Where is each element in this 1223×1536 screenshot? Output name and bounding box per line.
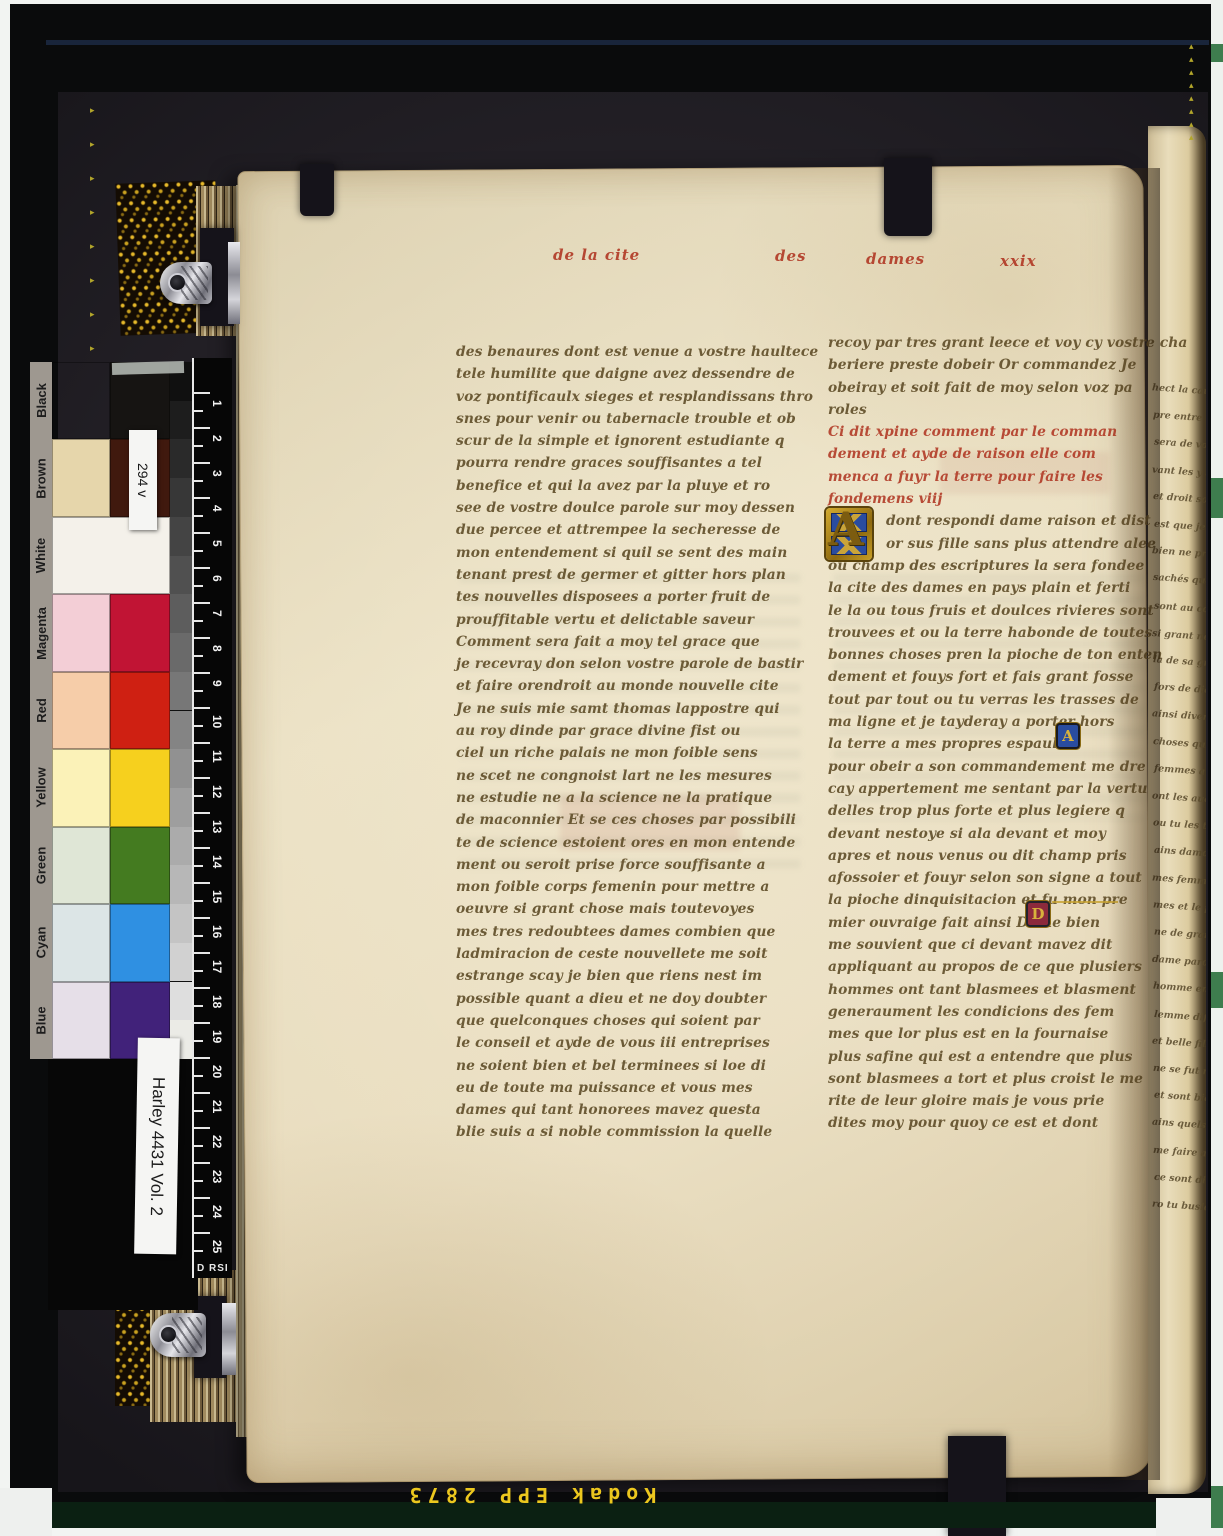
manuscript-text-line: mes tres redoubtees dames combien que xyxy=(456,921,801,943)
color-chart-label-black: Black xyxy=(30,362,52,439)
film-edge-mark-icon: ▸ xyxy=(90,344,95,353)
film-edge-mark xyxy=(1211,1486,1223,1528)
ruler-tick xyxy=(194,760,203,762)
manuscript-text-line: plus safine qui est a entendre que plus xyxy=(828,1046,1158,1068)
facing-page-text-fragment: et sont bien f xyxy=(1154,1090,1206,1106)
gray-step xyxy=(170,517,192,556)
fabric-tab-top-left xyxy=(300,164,334,216)
manuscript-text-line: je recevray don selon vostre parole de b… xyxy=(456,653,801,675)
manuscript-text-line: due percee et attrempee la secheresse de xyxy=(456,519,801,541)
ruler-number: 9 xyxy=(210,680,224,687)
ruler-tick xyxy=(194,1127,210,1129)
film-edge-mark-icon: ▴ xyxy=(1189,42,1194,51)
manuscript-text-line: generaument les condicions des fem xyxy=(828,1001,1158,1023)
facing-page-text-fragment: ainsi diverses c xyxy=(1152,709,1206,726)
color-patch-tint-blue xyxy=(52,982,110,1059)
manuscript-text-line: snes pour venir ou tabernacle trouble et… xyxy=(456,408,801,430)
clip-texture xyxy=(181,266,208,300)
inline-initial: D xyxy=(1028,903,1048,925)
color-chart-label-text: Green xyxy=(34,847,49,885)
manuscript-text-line: le la ou tous fruis et doulces rivieres … xyxy=(828,600,1158,622)
gray-step xyxy=(170,556,192,595)
manuscript-text-line: or sus fille sans plus attendre alee xyxy=(828,533,1158,555)
film-edge-mark xyxy=(1211,972,1223,1008)
manuscript-text-line: Comment sera fait a moy tel grace que xyxy=(456,631,801,653)
photo-border-right xyxy=(1211,0,1223,1536)
color-chart-label-text: Magenta xyxy=(34,607,49,660)
manuscript-text-line: la terre a mes propres espaulles xyxy=(828,733,1158,755)
ruler-number: 15 xyxy=(210,890,224,903)
manuscript-text-line: delles trop plus forte et plus legiere q xyxy=(828,800,1158,822)
inline-initial: A xyxy=(1058,725,1078,747)
facing-page-text-fragment: mes et le pard xyxy=(1153,899,1206,915)
gray-step xyxy=(170,711,192,750)
manuscript-rubric-line: dement et ayde de raison elle com xyxy=(828,443,1158,465)
manuscript-text-line: dames qui tant honorees mavez questa xyxy=(456,1099,801,1121)
facing-page-text-fragment: est que je do xyxy=(1154,519,1206,535)
color-chart-label-magenta: Magenta xyxy=(30,594,52,671)
color-chart-label-white: White xyxy=(30,517,52,594)
ruler-number: 11 xyxy=(210,750,224,763)
ruler-number: 5 xyxy=(210,540,224,547)
manuscript-rubric-line: Ci dit xpine comment par le comman xyxy=(828,421,1158,443)
ruler-tick xyxy=(194,882,210,884)
color-patch-tint-cyan xyxy=(52,904,110,981)
facing-page-text-fragment: et belle fille d xyxy=(1152,1035,1206,1051)
film-edge-mark xyxy=(1211,478,1223,518)
ruler-number: 19 xyxy=(210,1030,224,1043)
ruler-tick xyxy=(194,987,210,989)
ruler-tick xyxy=(194,497,210,499)
manuscript-text-line: see de vostre doulce parole sur moy dess… xyxy=(456,497,801,519)
manuscript-text-line: ciel un riche palais ne mon foible sens xyxy=(456,742,801,764)
ruler-tick xyxy=(194,1075,203,1077)
ruler-tick xyxy=(194,637,210,639)
film-edge-mark-icon: ▴ xyxy=(1189,68,1194,77)
grayscale-step-wedge xyxy=(170,362,192,1059)
manuscript-rubric-line: menca a fuyr la terre pour faire les xyxy=(828,466,1158,488)
running-header-title-1: de la cite xyxy=(553,246,640,264)
facing-page-text-fragment: sachés que ce ne xyxy=(1153,572,1206,589)
film-frame-edge xyxy=(46,40,1209,45)
text-column-right: recoy par tres grant leece et voy cy vos… xyxy=(828,332,1158,1135)
manuscript-text-line: sont blasmees a tort et plus croist le m… xyxy=(828,1068,1158,1090)
gray-step xyxy=(170,439,192,478)
ruler-number: 2 xyxy=(210,435,224,442)
film-edge-mark-icon: ▸ xyxy=(90,276,95,285)
color-chart-label-text: Yellow xyxy=(34,768,49,808)
color-chart-label-text: Red xyxy=(34,698,49,723)
manuscript-text-line: pour obeir a son commandement me dre xyxy=(828,756,1158,778)
manuscript-text-line: te de science estoient ores en mon enten… xyxy=(456,832,801,854)
manuscript-text-line: Je ne suis mie samt thomas lappostre qui xyxy=(456,698,801,720)
ruler-tick xyxy=(194,795,203,797)
photo-border-top xyxy=(0,0,1223,4)
ruler-tick xyxy=(194,480,203,482)
manuscript-text-line: oeuvre si grant chose mais toutevoyes xyxy=(456,898,801,920)
manuscript-text-line: cay appertement me sentant par la vertu xyxy=(828,778,1158,800)
manuscript-text-line: voz pontificaulx sieges et resplandissan… xyxy=(456,386,801,408)
ruler-number: 24 xyxy=(210,1205,224,1218)
ruler-number: 22 xyxy=(210,1135,224,1148)
color-patch-solid-green xyxy=(110,827,170,904)
ruler-tick xyxy=(194,1005,203,1007)
ruler-number: 18 xyxy=(210,995,224,1008)
clip-arm-top xyxy=(228,242,240,324)
ruler-number: 1 xyxy=(210,400,224,407)
ruler-tick xyxy=(194,515,203,517)
ruler-tick xyxy=(194,1040,203,1042)
film-edge-mark-icon: ▴ xyxy=(1189,81,1194,90)
gray-step xyxy=(170,594,192,633)
manuscript-text-line: ou champ des escriptures la sera fondee xyxy=(828,555,1158,577)
gray-step xyxy=(170,827,192,866)
color-chart-label-text: Blue xyxy=(34,1006,49,1034)
manuscript-text-line: et faire orendroit au monde nouvelle cit… xyxy=(456,675,801,697)
facing-page-text-fragment: ains quels soi xyxy=(1152,1117,1206,1133)
manuscript-text-line: estrange scay je bien que riens nest im xyxy=(456,965,801,987)
facing-page-text-fragment: ont les aucteu xyxy=(1152,790,1206,806)
manuscript-text-line: rite de leur gloire mais je vous prie xyxy=(828,1090,1158,1112)
color-chart-label-text: Cyan xyxy=(34,927,49,959)
manuscript-text-line: dont respondi dame raison et dist xyxy=(828,510,1158,532)
manuscript-text-line: bonnes choses pren la pioche de ton ente… xyxy=(828,644,1158,666)
gray-step xyxy=(170,401,192,440)
ruler-tick xyxy=(194,1092,210,1094)
ruler-tick xyxy=(194,900,203,902)
manuscript-text-line: me souvient que ci devant mavez dit xyxy=(828,934,1158,956)
color-patch-solid-magenta xyxy=(110,594,170,671)
manuscript-text-line: que quelconques choses qui soient par xyxy=(456,1010,801,1032)
shelfmark-label: Harley 4431 Vol. 2 xyxy=(134,1038,180,1255)
film-edge-mark-icon: ▴ xyxy=(1189,133,1194,142)
facing-page-text-fragment: ains damoise xyxy=(1154,845,1206,861)
film-stock-marking: Kodak EPP 2873 xyxy=(330,1478,730,1512)
ruler-tick xyxy=(194,1250,203,1252)
ruler-tick xyxy=(194,392,210,394)
manuscript-text-line: pourra rendre graces souffisantes a tel xyxy=(456,452,801,474)
ruler-tick xyxy=(194,1232,210,1234)
color-chart-label-text: Black xyxy=(34,383,49,418)
facing-page-text-fragment: bien ne pretens xyxy=(1152,545,1206,562)
clip-texture xyxy=(172,1317,202,1353)
manuscript-text-line: tout par tout ou tu verras les trasses d… xyxy=(828,689,1158,711)
ruler-tick xyxy=(194,847,210,849)
ruler-number: 21 xyxy=(210,1100,224,1113)
photo-border-bottom-left xyxy=(0,1488,52,1536)
color-patch-solid-cyan xyxy=(110,904,170,981)
manuscript-text-line: appliquant au propos de ce que plusiers xyxy=(828,956,1158,978)
ruler-tick xyxy=(194,725,203,727)
manuscript-text-line: scur de la simple et ignorent estudiante… xyxy=(456,430,801,452)
ruler-tick xyxy=(194,1197,210,1199)
illuminated-initial: A xyxy=(826,508,872,560)
facing-page-text-fragment: lemme diff xyxy=(1154,1009,1206,1024)
gray-step xyxy=(170,943,192,982)
ruler-number: 23 xyxy=(210,1170,224,1183)
ruler-number: 25 xyxy=(210,1240,224,1253)
running-header-title-3: dames xyxy=(866,250,925,268)
gray-step xyxy=(170,865,192,904)
facing-page-text-fragment: femmes a blasm xyxy=(1154,763,1206,780)
gray-step xyxy=(170,633,192,672)
facing-page-text-fragment: ou tu les trouv xyxy=(1153,817,1206,833)
color-chart-label-yellow: Yellow xyxy=(30,749,52,826)
folio-number-label: 294 v xyxy=(129,430,157,530)
ruler-number: 3 xyxy=(210,470,224,477)
ruler-tick xyxy=(194,1022,210,1024)
manuscript-text-line: dites moy pour quoy ce est et dont xyxy=(828,1112,1158,1134)
color-patch-tint-yellow xyxy=(52,749,110,826)
color-chart-label-text: Brown xyxy=(34,458,49,498)
ruler-tick xyxy=(194,620,203,622)
manuscript-text-line: devant nestoye si ala devant et moy xyxy=(828,823,1158,845)
film-edge-mark xyxy=(1211,44,1223,62)
ruler-number: 4 xyxy=(210,505,224,512)
facing-page-text-fragment: vant les y encl xyxy=(1152,464,1206,480)
facing-page-text-fragment: pre entre elle xyxy=(1153,410,1206,426)
fabric-tab-top-right xyxy=(884,158,932,236)
facing-page-text-fragment: ce sont dien xyxy=(1154,1172,1206,1187)
color-chart-label-cyan: Cyan xyxy=(30,904,52,981)
ruler-tick xyxy=(194,1145,203,1147)
binder-clip-top xyxy=(160,262,212,304)
manuscript-text-line: trouvees et ou la terre habonde de toute… xyxy=(828,622,1158,644)
ruler-tick xyxy=(194,742,210,744)
color-chart-label-green: Green xyxy=(30,827,52,904)
text-column-left: des benaures dont est venue a vostre hau… xyxy=(456,341,801,1144)
manuscript-text-line: mon entendement si quil se sent des main xyxy=(456,542,801,564)
color-patch-tint-black xyxy=(52,362,110,439)
color-patch-tint-brown xyxy=(52,439,110,516)
manuscript-text-line: eu de toute ma puissance et vous mes xyxy=(456,1077,801,1099)
manuscript-text-line: dement et fouys fort et fais grant fosse xyxy=(828,666,1158,688)
gray-step xyxy=(170,749,192,788)
manuscript-text-line: de maconnier Et se ces choses par possib… xyxy=(456,809,801,831)
facing-page-text-fragment: ro tu buslev s xyxy=(1152,1199,1206,1215)
ruler-number: 20 xyxy=(210,1065,224,1078)
gray-step xyxy=(170,982,192,1021)
ruler-tick xyxy=(194,532,210,534)
ruler-tick xyxy=(194,1162,210,1164)
film-edge-mark-icon: ▸ xyxy=(90,174,95,183)
binder-clip-bottom xyxy=(150,1313,206,1357)
film-edge-mark-icon: ▴ xyxy=(1189,107,1194,116)
film-edge-mark-icon: ▴ xyxy=(1189,120,1194,129)
manuscript-text-line: hommes ont tant blasmees et blasment xyxy=(828,979,1158,1001)
ruler-tick xyxy=(194,707,210,709)
tape-fragment xyxy=(112,361,184,375)
ruler-tick xyxy=(194,812,210,814)
ruler-tick xyxy=(194,655,203,657)
ruler-number: 13 xyxy=(210,820,224,833)
facing-page-text-fragment: sera de vous s xyxy=(1154,437,1206,453)
facing-page-text-fragment: et droit soiut cel xyxy=(1153,491,1206,508)
manuscript-text-line: tenant prest de germer et gitter hors pl… xyxy=(456,564,801,586)
manuscript-text-line: recoy par tres grant leece et voy cy vos… xyxy=(828,332,1158,354)
ruler-tick xyxy=(194,410,203,412)
manuscript-text-line: tes nouvelles disposees a porter fruit d… xyxy=(456,586,801,608)
film-edge-mark-icon: ▴ xyxy=(1189,94,1194,103)
facing-page-text-fragment: ne de grandes xyxy=(1154,926,1206,942)
facing-page-text-fragment: dame parole xyxy=(1152,954,1206,970)
manuscript-text-line: roles xyxy=(828,399,1158,421)
color-chart-label-red: Red xyxy=(30,672,52,749)
manuscript-text-line: ment ou seroit prise force souffisante a xyxy=(456,854,801,876)
manuscript-text-line: des benaures dont est venue a vostre hau… xyxy=(456,341,801,363)
manuscript-text-line: mes que lor plus est en la fournaise xyxy=(828,1023,1158,1045)
color-chart-label-text: White xyxy=(34,538,49,573)
ruler-tick xyxy=(194,672,210,674)
color-patch-tint-magenta xyxy=(52,594,110,671)
facing-page-text-fragment: mes femmes p xyxy=(1152,872,1206,888)
manuscript-text-line: le conseil et ayde de vous iii entrepris… xyxy=(456,1032,801,1054)
film-edge-mark-icon: ▸ xyxy=(90,242,95,251)
manuscript-text-line: obeiray et soit fait de moy selon voz pa xyxy=(828,377,1158,399)
initial-letter: A xyxy=(828,502,864,556)
ruler-tick xyxy=(194,567,210,569)
gold-flourish xyxy=(1052,901,1118,903)
ruler-number: 7 xyxy=(210,610,224,617)
ruler-tick xyxy=(194,602,210,604)
photo-border-left xyxy=(0,0,10,1536)
manuscript-photo-canvas: hect la cause qpre entre ellesera de vou… xyxy=(0,0,1223,1536)
facing-page-text-fragment: hect la cause q xyxy=(1152,382,1206,399)
ruler-tick xyxy=(194,952,210,954)
measurement-ruler: D RSI 1234567891011121314151617181920212… xyxy=(192,358,232,1278)
color-chart-label-blue: Blue xyxy=(30,982,52,1059)
manuscript-text-line: au roy dinde par grace divine fist ou xyxy=(456,720,801,742)
manuscript-text-line: afossoier et fouyr selon son signe a tou… xyxy=(828,867,1158,889)
ruler-tick xyxy=(194,777,210,779)
color-patch-solid-yellow xyxy=(110,749,170,826)
color-patch-tint-green xyxy=(52,827,110,904)
manuscript-text-line: beriere preste dobeir Or commandez Je xyxy=(828,354,1158,376)
ruler-tick xyxy=(194,462,210,464)
ruler-number: 8 xyxy=(210,645,224,652)
manuscript-text-line: blie suis a si noble commission la quell… xyxy=(456,1121,801,1143)
ruler-tick xyxy=(194,1110,203,1112)
facing-page-text-fragment: homme entre xyxy=(1153,981,1206,997)
manuscript-text-line: possible quant a dieu et ne doy doubter xyxy=(456,988,801,1010)
running-header-title-2: des xyxy=(775,247,806,265)
manuscript-text-line: mon foible corps femenin pour mettre a xyxy=(456,876,801,898)
manuscript-text-line: la cite des dames en pays plain et ferti xyxy=(828,577,1158,599)
manuscript-text-line: tele humilite que daigne avez dessendre … xyxy=(456,363,801,385)
facing-page-text-fragment: ne se fut me xyxy=(1153,1063,1206,1079)
ruler-tick xyxy=(194,445,203,447)
facing-page-text-fragment: me faire ave xyxy=(1153,1144,1206,1160)
manuscript-rubric-line: fondemens viij xyxy=(828,488,1158,510)
ruler-number: 12 xyxy=(210,785,224,798)
ruler-tick xyxy=(194,935,203,937)
ruler-footer-text: D RSI xyxy=(197,1263,229,1274)
gray-step xyxy=(170,672,192,711)
color-chart-label-brown: Brown xyxy=(30,439,52,516)
manuscript-text-line: mier ouvraige fait ainsi Dame bien xyxy=(828,912,1158,934)
ruler-tick xyxy=(194,690,203,692)
ruler-number: 6 xyxy=(210,575,224,582)
manuscript-text-line: ma ligne et je tayderay a porter hors xyxy=(828,711,1158,733)
film-edge-mark-icon: ▸ xyxy=(90,208,95,217)
ruler-tick xyxy=(194,970,203,972)
ruler-tick xyxy=(194,1180,203,1182)
gray-step xyxy=(170,904,192,943)
manuscript-text-line: apres et nous venus ou dit champ pris xyxy=(828,845,1158,867)
facing-page-text-fragment: fors de dieu ne xyxy=(1154,681,1206,698)
ruler-number: 16 xyxy=(210,925,224,938)
ruler-tick xyxy=(194,550,203,552)
facing-page-text-fragment: choses qui ont n xyxy=(1153,736,1206,753)
film-edge-mark-icon: ▸ xyxy=(90,310,95,319)
manuscript-text-line: ne estudie ne a la science ne la pratiqu… xyxy=(456,787,801,809)
color-patch-tint-red xyxy=(52,672,110,749)
manuscript-text-line: ne scet ne congnoist lart ne les mesures xyxy=(456,765,801,787)
ruler-number: 17 xyxy=(210,960,224,973)
ruler-tick xyxy=(194,1057,210,1059)
gray-step xyxy=(170,788,192,827)
facing-page-text-fragment: sont au contr xyxy=(1154,600,1206,616)
ruler-tick xyxy=(194,585,203,587)
manuscript-text-line: ne soient bien et bel terminees si loe d… xyxy=(456,1055,801,1077)
ruler-tick xyxy=(194,1215,203,1217)
running-header-folio-number: xxix xyxy=(1000,252,1037,270)
ruler-tick xyxy=(194,830,203,832)
facing-page-text-fragment: si grant ne xyxy=(1152,628,1206,643)
film-edge-mark-icon: ▸ xyxy=(90,140,95,149)
gray-step xyxy=(170,478,192,517)
film-edge-mark-icon: ▸ xyxy=(90,106,95,115)
ruler-number: 14 xyxy=(210,855,224,868)
ruler-tick xyxy=(194,427,210,429)
manuscript-text-line: benefice et qui la avez par la pluye et … xyxy=(456,475,801,497)
ruler-tick xyxy=(194,865,203,867)
color-patch-solid-red xyxy=(110,672,170,749)
manuscript-text-line: prouffitable vertu et delictable saveur xyxy=(456,609,801,631)
ruler-tick xyxy=(194,917,210,919)
clip-arm-bottom xyxy=(222,1303,236,1375)
manuscript-text-line: ladmiracion de ceste nouvellete me soit xyxy=(456,943,801,965)
film-edge-mark-icon: ▴ xyxy=(1189,55,1194,64)
ruler-number: 10 xyxy=(210,715,224,728)
